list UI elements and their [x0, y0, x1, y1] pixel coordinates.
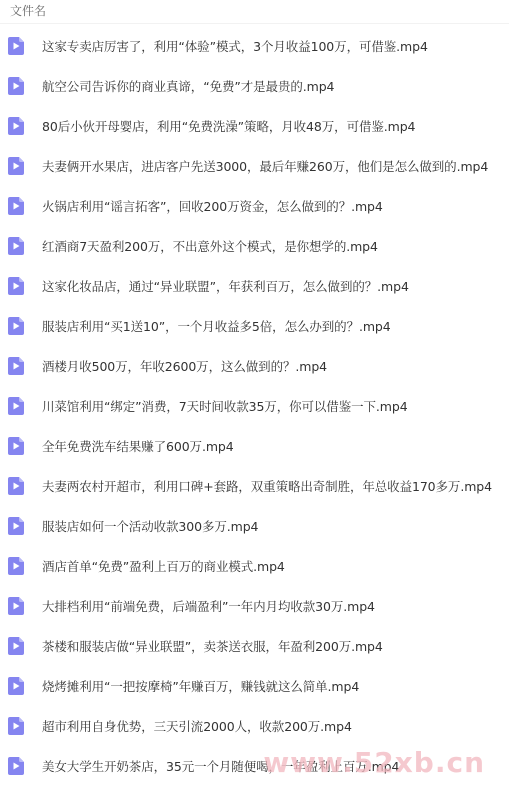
file-row[interactable]: 服装店如何一个活动收款300多万.mp4	[0, 506, 509, 546]
file-name: 这家化妆品店，通过“异业联盟”，年获利百万，怎么做到的？.mp4	[42, 277, 409, 295]
video-file-icon	[8, 437, 24, 455]
file-name: 服装店利用“买1送10”，一个月收益多5倍，怎么办到的？.mp4	[42, 317, 391, 335]
file-name: 超市利用自身优势，三天引流2000人，收款200万.mp4	[42, 717, 352, 735]
file-name: 服装店如何一个活动收款300多万.mp4	[42, 517, 258, 535]
file-row[interactable]: 美女大学生开奶茶店，35元一个月随便喝，一年盈利上百万.mp4	[0, 746, 509, 785]
file-row[interactable]: 这家专卖店厉害了，利用“体验”模式，3个月收益100万，可借鉴.mp4	[0, 26, 509, 66]
video-file-icon	[8, 117, 24, 135]
file-name: 夫妻俩开水果店，进店客户先送3000，最后年赚260万，他们是怎么做到的.mp4	[42, 157, 488, 175]
video-file-icon	[8, 77, 24, 95]
video-file-icon	[8, 197, 24, 215]
video-file-icon	[8, 557, 24, 575]
file-name: 全年免费洗车结果赚了600万.mp4	[42, 437, 234, 455]
video-file-icon	[8, 757, 24, 775]
video-file-icon	[8, 517, 24, 535]
file-row[interactable]: 航空公司告诉你的商业真谛，“免费”才是最贵的.mp4	[0, 66, 509, 106]
file-row[interactable]: 超市利用自身优势，三天引流2000人，收款200万.mp4	[0, 706, 509, 746]
file-row[interactable]: 服装店利用“买1送10”，一个月收益多5倍，怎么办到的？.mp4	[0, 306, 509, 346]
file-row[interactable]: 这家化妆品店，通过“异业联盟”，年获利百万，怎么做到的？.mp4	[0, 266, 509, 306]
video-file-icon	[8, 237, 24, 255]
video-file-icon	[8, 37, 24, 55]
video-file-icon	[8, 717, 24, 735]
file-row[interactable]: 茶楼和服装店做“异业联盟”，卖茶送衣服，年盈利200万.mp4	[0, 626, 509, 666]
video-file-icon	[8, 157, 24, 175]
file-name: 80后小伙开母婴店，利用“免费洗澡”策略，月收48万，可借鉴.mp4	[42, 117, 415, 135]
video-file-icon	[8, 597, 24, 615]
file-row[interactable]: 酒店首单“免费”盈利上百万的商业模式.mp4	[0, 546, 509, 586]
file-name: 大排档利用“前端免费，后端盈利”一年内月均收款30万.mp4	[42, 597, 375, 615]
column-header-filename[interactable]: 文件名	[0, 0, 509, 24]
file-name: 美女大学生开奶茶店，35元一个月随便喝，一年盈利上百万.mp4	[42, 757, 399, 775]
file-name: 航空公司告诉你的商业真谛，“免费”才是最贵的.mp4	[42, 77, 334, 95]
file-name: 酒店首单“免费”盈利上百万的商业模式.mp4	[42, 557, 285, 575]
video-file-icon	[8, 477, 24, 495]
file-row[interactable]: 烧烤摊利用“一把按摩椅”年赚百万，赚钱就这么简单.mp4	[0, 666, 509, 706]
video-file-icon	[8, 397, 24, 415]
file-row[interactable]: 火锅店利用“谣言拓客”，回收200万资金，怎么做到的？.mp4	[0, 186, 509, 226]
file-name: 茶楼和服装店做“异业联盟”，卖茶送衣服，年盈利200万.mp4	[42, 637, 383, 655]
video-file-icon	[8, 317, 24, 335]
column-header-label: 文件名	[10, 4, 46, 18]
file-row[interactable]: 夫妻两农村开超市，利用口碑+套路，双重策略出奇制胜，年总收益170多万.mp4	[0, 466, 509, 506]
file-name: 酒楼月收500万，年收2600万，这么做到的？.mp4	[42, 357, 327, 375]
file-row[interactable]: 夫妻俩开水果店，进店客户先送3000，最后年赚260万，他们是怎么做到的.mp4	[0, 146, 509, 186]
file-name: 烧烤摊利用“一把按摩椅”年赚百万，赚钱就这么简单.mp4	[42, 677, 359, 695]
file-row[interactable]: 大排档利用“前端免费，后端盈利”一年内月均收款30万.mp4	[0, 586, 509, 626]
video-file-icon	[8, 357, 24, 375]
file-name: 夫妻两农村开超市，利用口碑+套路，双重策略出奇制胜，年总收益170多万.mp4	[42, 477, 492, 495]
video-file-icon	[8, 637, 24, 655]
file-name: 红酒商7天盈利200万，不出意外这个模式，是你想学的.mp4	[42, 237, 378, 255]
file-name: 川菜馆利用“绑定”消费，7天时间收款35万，你可以借鉴一下.mp4	[42, 397, 408, 415]
video-file-icon	[8, 277, 24, 295]
file-row[interactable]: 川菜馆利用“绑定”消费，7天时间收款35万，你可以借鉴一下.mp4	[0, 386, 509, 426]
file-row[interactable]: 红酒商7天盈利200万，不出意外这个模式，是你想学的.mp4	[0, 226, 509, 266]
file-row[interactable]: 全年免费洗车结果赚了600万.mp4	[0, 426, 509, 466]
file-list: 这家专卖店厉害了，利用“体验”模式，3个月收益100万，可借鉴.mp4航空公司告…	[0, 26, 509, 785]
file-name: 这家专卖店厉害了，利用“体验”模式，3个月收益100万，可借鉴.mp4	[42, 37, 428, 55]
video-file-icon	[8, 677, 24, 695]
file-row[interactable]: 80后小伙开母婴店，利用“免费洗澡”策略，月收48万，可借鉴.mp4	[0, 106, 509, 146]
file-name: 火锅店利用“谣言拓客”，回收200万资金，怎么做到的？.mp4	[42, 197, 383, 215]
file-row[interactable]: 酒楼月收500万，年收2600万，这么做到的？.mp4	[0, 346, 509, 386]
